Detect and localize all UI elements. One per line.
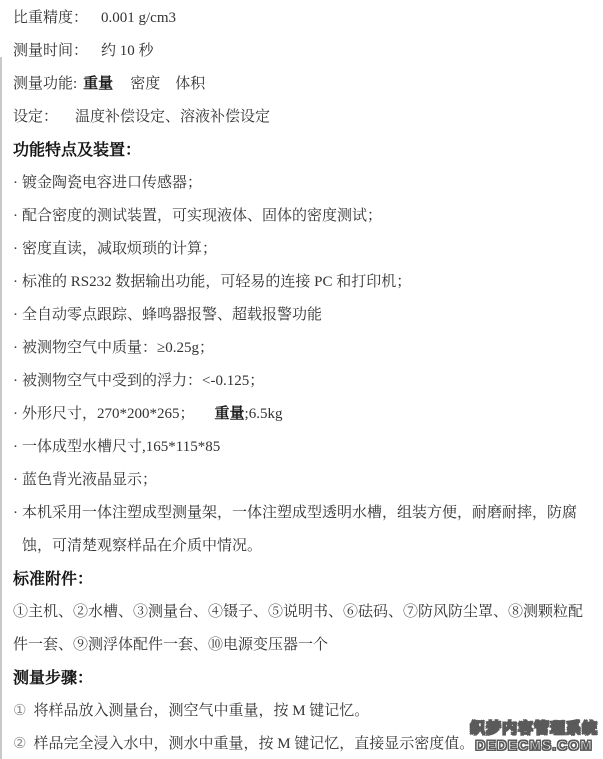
spec-label: 测量功能: [13, 76, 77, 92]
feature-text: 外形尺寸，270*200*265； [22, 406, 195, 422]
feature-text: 标准的 RS232 数据输出功能，可轻易的连接 PC 和打印机； [22, 274, 411, 290]
spec-value: 0.001 g/cm3 [101, 10, 176, 26]
dedecms-watermark: 织梦内容管理系统 DEDECMS.COM [470, 720, 598, 753]
feature-text: 配合密度的测试装置，可实现液体、固体的密度测试； [22, 208, 382, 224]
bullet-icon: · [13, 200, 22, 233]
section-heading-accessories: 标准附件： [13, 563, 595, 596]
watermark-site-name: 织梦内容管理系统 [470, 720, 598, 737]
section-heading-features: 功能特点及装置： [13, 134, 595, 167]
spec-label: 设定： [13, 109, 58, 125]
bullet-icon: · [13, 365, 22, 398]
step-number: ① [13, 703, 26, 719]
spec-row-settings: 设定：温度补偿设定、溶液补偿设定 [13, 101, 595, 134]
feature-item: ·全自动零点跟踪、蜂鸣器报警、超载报警功能 [13, 299, 595, 332]
feature-item: ·一体成型水槽尺寸,165*115*85 [13, 431, 595, 464]
feature-text: ;6.5kg [245, 406, 283, 422]
spec-value: 温度补偿设定、溶液补偿设定 [75, 109, 270, 125]
feature-item: ·标准的 RS232 数据输出功能，可轻易的连接 PC 和打印机； [13, 266, 595, 299]
watermark-domain: DEDECMS.COM [470, 737, 598, 753]
feature-text: 密度直读，减取烦琐的计算； [22, 241, 217, 257]
feature-item: ·被测物空气中质量：≥0.25g； [13, 332, 595, 365]
spec-label: 比重精度： [13, 10, 88, 26]
step-number: ② [13, 736, 26, 752]
feature-item: ·蓝色背光液晶显示； [13, 464, 595, 497]
bullet-icon: · [13, 266, 22, 299]
feature-item: ·镀金陶瓷电容进口传感器； [13, 167, 595, 200]
step-text: 样品完全浸入水中，测水中重量，按 M 键记忆，直接显示密度值。 [33, 736, 474, 752]
spec-value: 密度 体积 [130, 76, 205, 92]
feature-text: 被测物空气中质量：≥0.25g； [22, 340, 214, 356]
bullet-icon: · [13, 332, 22, 365]
bullet-icon: · [13, 167, 22, 200]
feature-text: 全自动零点跟踪、蜂鸣器报警、超载报警功能 [22, 307, 322, 323]
spec-row-functions: 测量功能:重量密度 体积 [13, 68, 595, 101]
feature-item-dimensions: ·外形尺寸，270*200*265；重量;6.5kg [13, 398, 595, 431]
bullet-icon: · [13, 431, 22, 464]
section-heading-steps: 测量步骤： [13, 662, 595, 695]
spec-value: 约 10 秒 [101, 43, 154, 59]
bullet-icon: · [13, 464, 22, 497]
step-text: 将样品放入测量台，测空气中重量，按 M 键记忆。 [33, 703, 369, 719]
bullet-icon: · [13, 398, 22, 431]
feature-item: ·本机采用一体注塑成型测量架，一体注塑成型透明水槽，组装方便，耐磨耐摔，防腐蚀，… [13, 497, 595, 563]
feature-text: 被测物空气中受到的浮力：<-0.125； [22, 373, 264, 389]
feature-text: 蓝色背光液晶显示； [22, 472, 157, 488]
feature-item: ·配合密度的测试装置，可实现液体、固体的密度测试； [13, 200, 595, 233]
spec-value-bold: 重量 [83, 76, 113, 92]
spec-label: 测量时间： [13, 43, 88, 59]
feature-item: ·被测物空气中受到的浮力：<-0.125； [13, 365, 595, 398]
accessories-text: ①主机、②水槽、③测量台、④镊子、⑤说明书、⑥砝码、⑦防风防尘罩、⑧测颗粒配件一… [13, 596, 595, 662]
bullet-icon: · [13, 497, 22, 530]
spec-row-accuracy: 比重精度：0.001 g/cm3 [13, 2, 595, 35]
spec-row-time: 测量时间：约 10 秒 [13, 35, 595, 68]
document-body: 比重精度：0.001 g/cm3 测量时间：约 10 秒 测量功能:重量密度 体… [0, 0, 603, 759]
feature-item: ·密度直读，减取烦琐的计算； [13, 233, 595, 266]
bullet-icon: · [13, 233, 22, 266]
feature-text: 本机采用一体注塑成型测量架，一体注塑成型透明水槽，组装方便，耐磨耐摔，防腐蚀，可… [22, 505, 577, 554]
feature-text: 镀金陶瓷电容进口传感器； [22, 175, 202, 191]
feature-text-bold: 重量 [215, 406, 245, 422]
bullet-icon: · [13, 299, 22, 332]
feature-text: 一体成型水槽尺寸,165*115*85 [22, 439, 220, 455]
